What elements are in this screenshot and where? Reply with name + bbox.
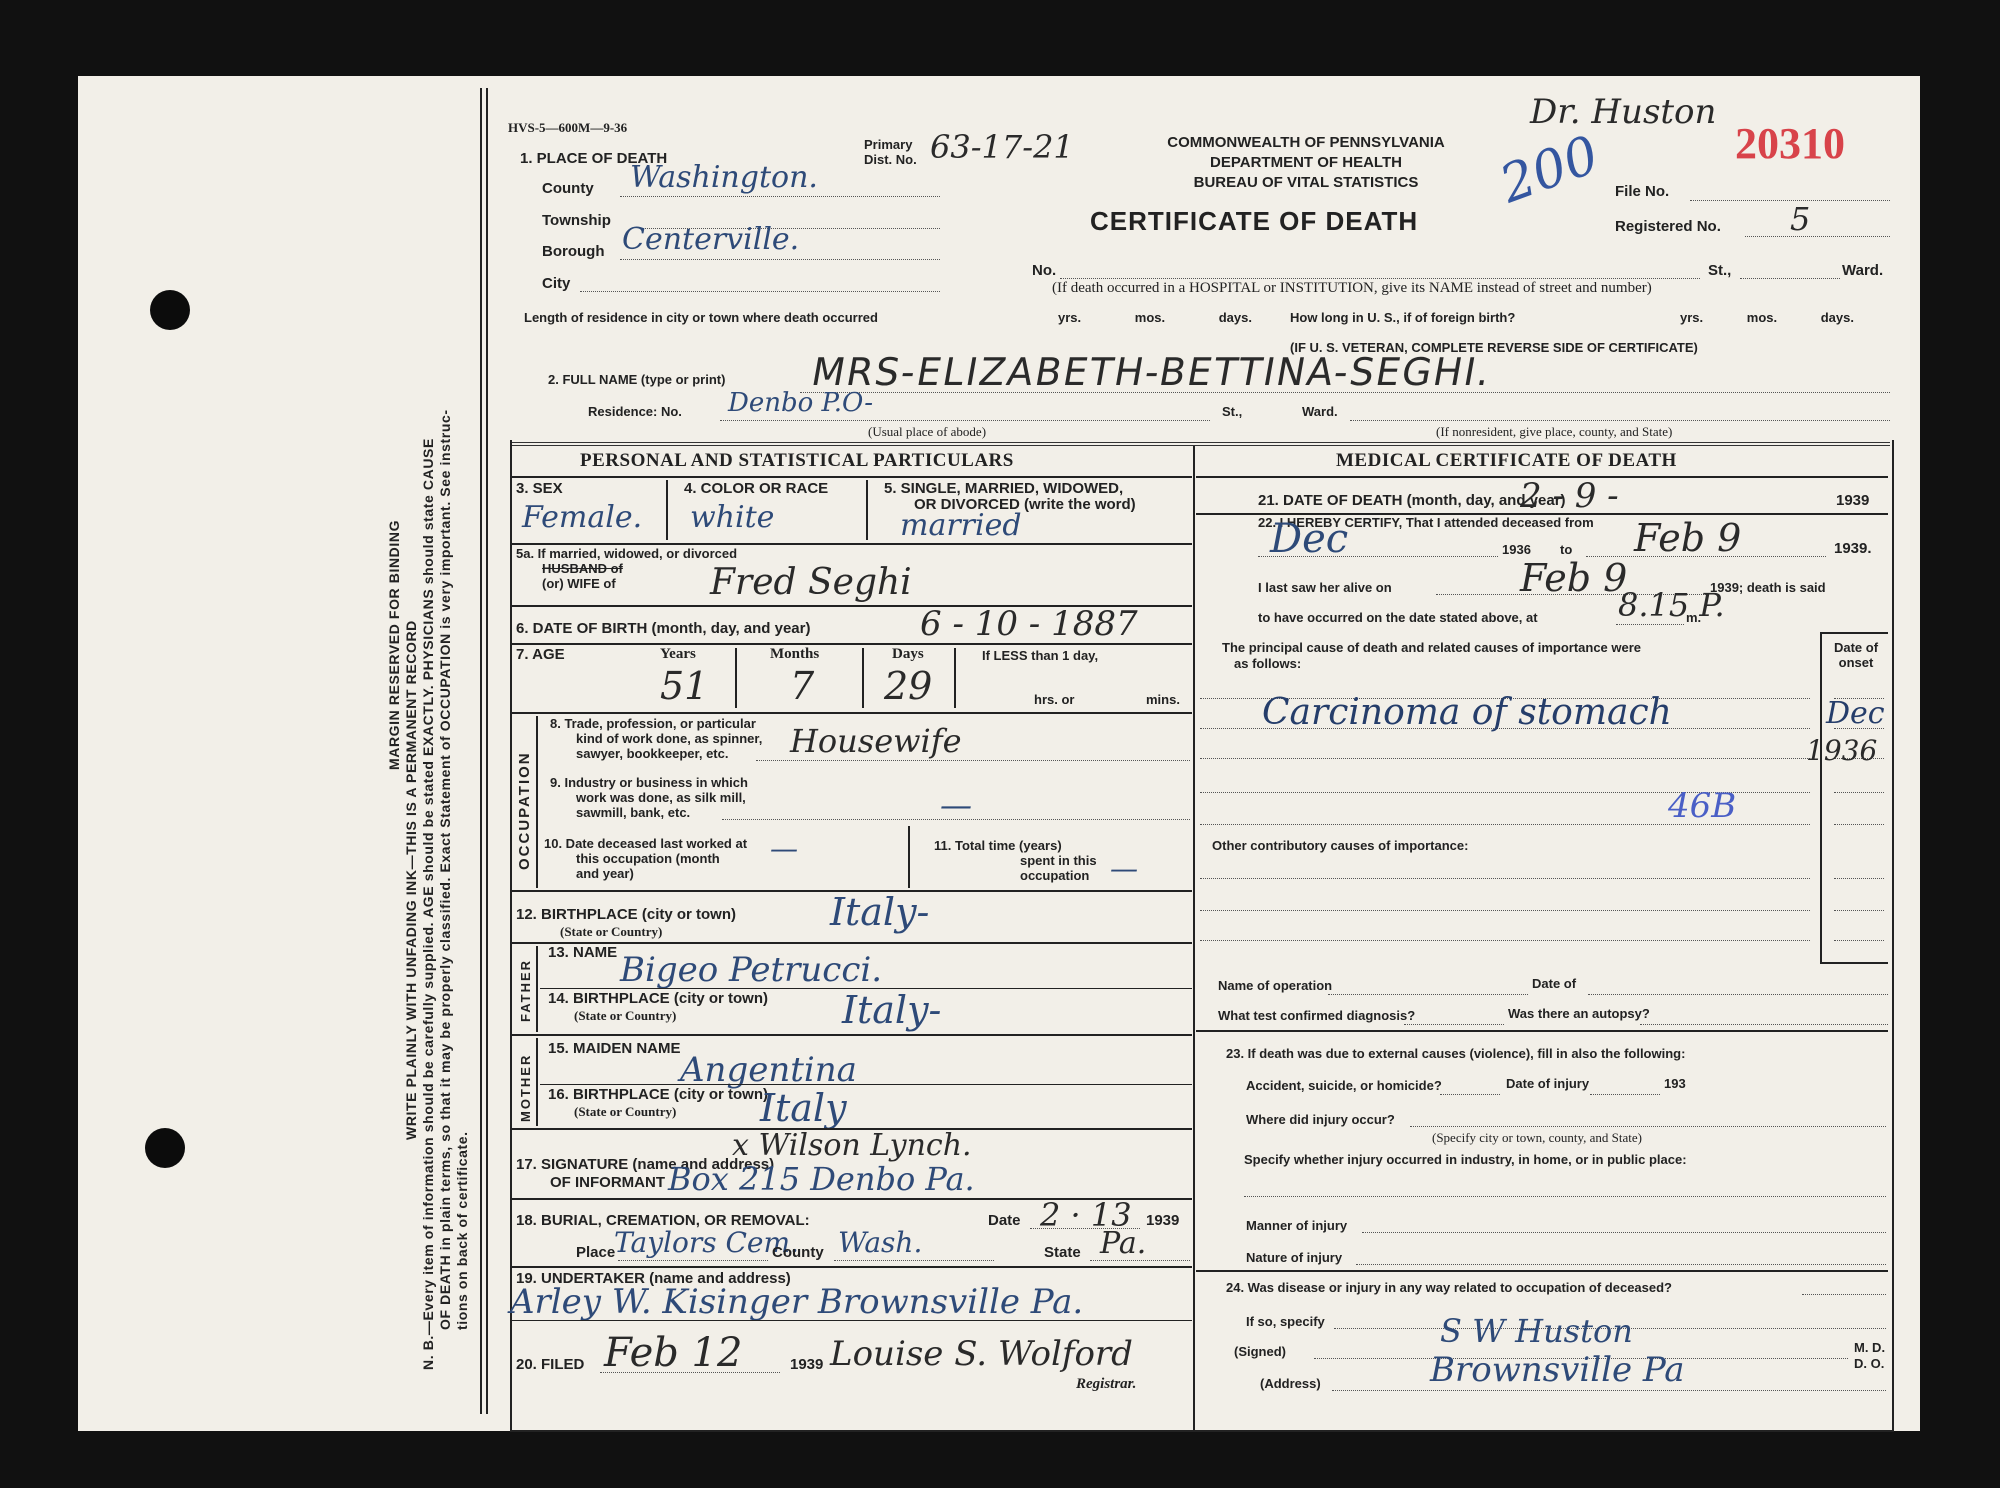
margin-line-5: tions on back of certificate. [454,409,471,1370]
burial-date-label: Date [988,1212,1021,1229]
if-so-label: If so, specify [1246,1314,1325,1329]
spouse-label-3: (or) WIFE of [542,576,616,591]
mother-side-label: MOTHER [518,1054,533,1122]
specify-place-label: Specify whether injury occurred in indus… [1244,1152,1687,1167]
mother-birthplace-value: Italy [760,1086,847,1130]
form-code: HVS-5—600M—9-36 [508,120,627,136]
physician-signature: S W Huston [1440,1312,1633,1350]
marital-value: married [900,508,1022,543]
burial-county-label: County [772,1244,824,1261]
onset-box-left [1820,632,1822,962]
md-label: M. D. [1854,1340,1885,1355]
street-no-label: No. [1032,262,1056,279]
birthplace-label-2: (State or Country) [560,924,662,940]
trade-value: Housewife [790,722,962,760]
rule-after-dob [512,643,1192,645]
age-label: 7. AGE [516,646,565,663]
total-time-value: — [1110,852,1138,885]
trade-label-2: kind of work done, as spinner, [576,731,762,746]
last-worked-value: — [770,832,798,865]
mos-label: mos. [1135,310,1165,325]
burial-place-label: Place [576,1244,615,1261]
primary-dist-value: 63-17-21 [930,128,1074,166]
rule-after-sex [512,543,1192,545]
medical-header: MEDICAL CERTIFICATE OF DEATH [1336,450,1677,472]
onset-box-bottom [1820,962,1888,964]
contributory-onset-3 [1834,940,1884,941]
burial-place-line [618,1260,768,1261]
cause-code: 46B [1668,786,1736,826]
filed-year: 1939 [790,1356,823,1373]
punch-hole-top [150,290,190,330]
industry-value: — [940,786,972,824]
occupation-related-line [1802,1294,1886,1295]
ward-label: Ward. [1842,262,1883,279]
contributory-line-3 [1200,940,1810,941]
time-suffix: m. [1686,610,1701,625]
spouse-value: Fred Seghi [710,562,912,603]
divider-days [954,648,956,708]
binding-rule [480,88,488,1414]
margin-line-4: OF DEATH in plain terms, so that it may … [437,409,454,1370]
specify-place-line [1244,1196,1886,1197]
foreign-birth-label: How long in U. S., if of foreign birth? [1290,310,1515,325]
onset-value-month: Dec [1826,696,1885,731]
foreign-yrs-mos-days: yrs. mos. days. [1640,310,1854,325]
occupation-bracket [536,716,538,888]
foreign-mos-label: mos. [1747,310,1777,325]
informant-label-2: OF INFORMANT [550,1174,665,1191]
days-label: Days [892,646,924,663]
cause-of-death-value: Carcinoma of stomach [1262,692,1672,733]
autopsy-label: Was there an autopsy? [1508,1006,1650,1021]
father-name-value: Bigeo Petrucci. [620,950,882,990]
borough-label: Borough [542,243,604,260]
foreign-yrs-label: yrs. [1680,310,1703,325]
residence-ward-label: Ward. [1302,404,1338,419]
certificate-number-stamp: 20310 [1735,118,1845,169]
last-worked-label-2: this occupation (month [576,851,720,866]
nature-label: Nature of injury [1246,1250,1342,1265]
foreign-days-label: days. [1821,310,1854,325]
divider-months [862,648,864,708]
dob-label: 6. DATE OF BIRTH (month, day, and year) [516,620,810,637]
primary-dist-label: Primary Dist. No. [864,137,934,167]
external-causes-label: 23. If death was due to external causes … [1226,1046,1685,1061]
attended-from-value: Dec [1270,516,1348,562]
informant-name: x Wilson Lynch. [732,1128,972,1163]
operation-date-label: Date of [1532,976,1576,991]
occupation-side-label: OCCUPATION [516,751,533,870]
sex-value: Female. [522,500,642,535]
do-label: D. O. [1854,1356,1884,1371]
sex-label: 3. SEX [516,480,563,497]
onset-label: Date of onset [1826,640,1886,670]
father-bracket [536,946,538,1032]
mother-name-label: 15. MAIDEN NAME [548,1040,681,1057]
agency-line-3: BUREAU OF VITAL STATISTICS [1136,174,1476,191]
birthplace-value: Italy- [830,890,929,934]
certificate-title: CERTIFICATE OF DEATH [1090,206,1418,237]
city-line [580,291,940,292]
mother-bracket [536,1038,538,1126]
occurred-label: to have occurred on the date stated abov… [1258,610,1538,625]
years-label: Years [660,646,696,663]
father-name-label: 13. NAME [548,944,617,961]
residence-value: Denbo P.O- [728,388,873,418]
months-value: 7 [790,664,814,708]
date-of-death-value: 2 - 9 - [1520,476,1619,516]
residence-length-label: Length of residence in city or town wher… [524,310,878,325]
industry-label-3: sawmill, bank, etc. [576,805,690,820]
burial-county-line [834,1260,994,1261]
total-time-label-2: spent in this [1020,853,1097,868]
margin-instructions: MARGIN RESERVED FOR BINDING WRITE PLAINL… [386,409,471,1370]
cause-label-1: The principal cause of death and related… [1222,640,1641,655]
attended-to-value: Feb 9 [1634,516,1741,560]
onset-box-top [1820,632,1888,634]
rule-after-father [512,1034,1192,1036]
trade-label-1: 8. Trade, profession, or particular [550,716,756,731]
attended-from-year: 1936 [1502,542,1531,557]
hrs-label: hrs. or [1034,692,1074,707]
test-label: What test confirmed diagnosis? [1218,1008,1415,1023]
margin-line-2: WRITE PLAINLY WITH UNFADING INK—THIS IS … [403,409,420,1370]
borough-value: Centerville. [622,222,799,257]
burial-state-label: State [1044,1244,1081,1261]
last-worked-label-1: 10. Date deceased last worked at [544,836,747,851]
manner-label: Manner of injury [1246,1218,1347,1233]
county-line [620,196,940,197]
birthplace-label-1: 12. BIRTHPLACE (city or town) [516,906,736,923]
rule-after-burial [512,1266,1192,1268]
onset-value-year: 1936 [1806,734,1877,767]
file-no-label: File No. [1615,183,1669,200]
divider-race-marital [866,480,868,540]
physician-address: Brownsville Pa [1430,1350,1685,1390]
county-value: Washington. [630,160,818,195]
mother-birthplace-label-1: 16. BIRTHPLACE (city or town) [548,1086,768,1103]
street-line [1060,278,1700,279]
county-label: County [542,180,594,197]
where-note: (Specify city or town, county, and State… [1432,1130,1642,1146]
attended-to-year: 1939. [1834,540,1872,557]
yrs-label: yrs. [1058,310,1081,325]
race-value: white [690,500,774,535]
personal-header: PERSONAL AND STATISTICAL PARTICULARS [580,450,1014,472]
contributory-line-2 [1200,910,1810,911]
last-worked-label-3: and year) [576,866,634,881]
address-line [1332,1390,1886,1391]
ward-line [1740,278,1840,279]
occupation-related-label: 24. Was disease or injury in any way rel… [1226,1280,1672,1295]
spouse-label-2: HUSBAND of [542,561,623,576]
hospital-note: (If death occurred in a HOSPITAL or INST… [1052,280,1652,297]
registered-no-label: Registered No. [1615,218,1721,235]
registered-no-value: 5 [1790,200,1810,238]
date-of-death-year: 1939 [1836,492,1869,509]
trade-label-3: sawyer, bookkeeper, etc. [576,746,728,761]
residence-label: Residence: No. [588,404,682,419]
divider-sex-race [666,480,668,540]
accident-label: Accident, suicide, or homicide? [1246,1078,1442,1093]
marital-label-1: 5. SINGLE, MARRIED, WIDOWED, [884,480,1123,497]
address-label: (Address) [1260,1376,1321,1391]
margin-line-3: N. B.—Every item of information should b… [420,409,437,1370]
agency-line-2: DEPARTMENT OF HEALTH [1136,154,1476,171]
undertaker-value: Arley W. Kisinger Brownsville Pa. [510,1282,1083,1322]
contributory-onset-1 [1834,878,1884,879]
filed-value: Feb 12 [604,1330,742,1376]
years-value: 51 [660,664,708,708]
autopsy-line [1640,1024,1888,1025]
filed-label: 20. FILED [516,1356,584,1373]
onset-line-5 [1834,824,1884,825]
father-birthplace-value: Italy- [842,988,941,1032]
city-label: City [542,275,570,292]
full-name-value: MRS-ELIZABETH-BETTINA-SEGHI. [808,350,1495,394]
last-saw-value: Feb 9 [1520,556,1627,600]
nonresident-note: (If nonresident, give place, county, and… [1436,424,1672,440]
registered-no-line [1745,236,1890,237]
less-than-day-label: If LESS than 1 day, [982,648,1098,663]
father-side-label: FATHER [518,959,533,1022]
full-name-label: 2. FULL NAME (type or print) [548,372,725,387]
margin-line-1: MARGIN RESERVED FOR BINDING [386,409,403,1370]
months-label: Months [770,646,819,663]
total-time-label-1: 11. Total time (years) [934,838,1062,853]
contributory-onset-2 [1834,910,1884,911]
mins-label: mins. [1146,692,1180,707]
registrar-label: Registrar. [1076,1376,1136,1393]
date-injury-year: 193 [1664,1076,1686,1091]
last-saw-label: I last saw her alive on [1258,580,1392,595]
manner-line [1362,1232,1886,1233]
father-birthplace-label-2: (State or Country) [574,1008,676,1024]
to-label: to [1560,542,1572,557]
test-line [1404,1024,1504,1025]
township-label: Township [542,212,611,229]
column-divider [1193,446,1195,1430]
race-label: 4. COLOR OR RACE [684,480,828,497]
cause-label-2: as follows: [1234,656,1301,671]
residence-yrs-mos-days: yrs. mos. days. [1008,310,1252,325]
where-injury-line [1410,1126,1886,1127]
operation-label: Name of operation [1218,978,1332,993]
operation-line [1328,994,1528,995]
punch-hole-bottom [145,1128,185,1168]
informant-address: Box 215 Denbo Pa. [668,1160,975,1198]
days-value: 29 [884,664,932,708]
street-st-label: St., [1708,262,1731,279]
date-injury-label: Date of injury [1506,1076,1589,1091]
rule-personal-header [512,476,1192,478]
abode-note: (Usual place of abode) [868,424,986,440]
residence-ward-line [1350,420,1890,421]
days-label: days. [1219,310,1252,325]
accident-line [1440,1094,1500,1095]
rule-after-autopsy [1196,1030,1888,1032]
dob-value: 6 - 10 - 1887 [920,604,1138,644]
burial-county-value: Wash. [838,1226,922,1259]
industry-label-1: 9. Industry or business in which [550,775,748,790]
rule-after-nature [1196,1270,1888,1272]
rule-after-age [512,712,1192,714]
cause-line-3 [1200,758,1810,759]
agency-line-1: COMMONWEALTH OF PENNSYLVANIA [1136,134,1476,151]
divider-years [735,648,737,708]
total-time-label-3: occupation [1020,868,1089,883]
industry-label-2: work was done, as silk mill, [576,790,746,805]
physician-annotation: Dr. Huston [1530,92,1716,132]
last-saw-year: 1939; death is said [1710,580,1826,595]
onset-line-4 [1834,792,1884,793]
residence-st-label: St., [1222,404,1242,419]
rule-after-undertaker [512,1320,1192,1321]
time-line [1616,624,1684,625]
operation-date-line [1588,994,1888,995]
mother-birthplace-label-2: (State or Country) [574,1104,676,1120]
nature-line [1356,1264,1886,1265]
where-injury-label: Where did injury occur? [1246,1112,1395,1127]
divider-last-worked [908,826,910,888]
rule-mother-name [540,1084,1192,1085]
borough-line [620,259,940,260]
spouse-label-1: 5a. If married, widowed, or divorced [516,546,737,561]
contributory-line-1 [1200,878,1810,879]
registrar-signature: Louise S. Wolford [830,1334,1133,1374]
signed-label: (Signed) [1234,1344,1286,1359]
trade-line [756,760,1190,761]
burial-year: 1939 [1146,1212,1179,1229]
date-injury-line [1590,1094,1660,1095]
time-value: 8.15 P. [1618,586,1725,624]
residence-line [720,420,1210,421]
father-birthplace-label-1: 14. BIRTHPLACE (city or town) [548,990,768,1007]
burial-state-value: Pa. [1100,1226,1146,1261]
contributory-label: Other contributory causes of importance: [1212,838,1468,853]
